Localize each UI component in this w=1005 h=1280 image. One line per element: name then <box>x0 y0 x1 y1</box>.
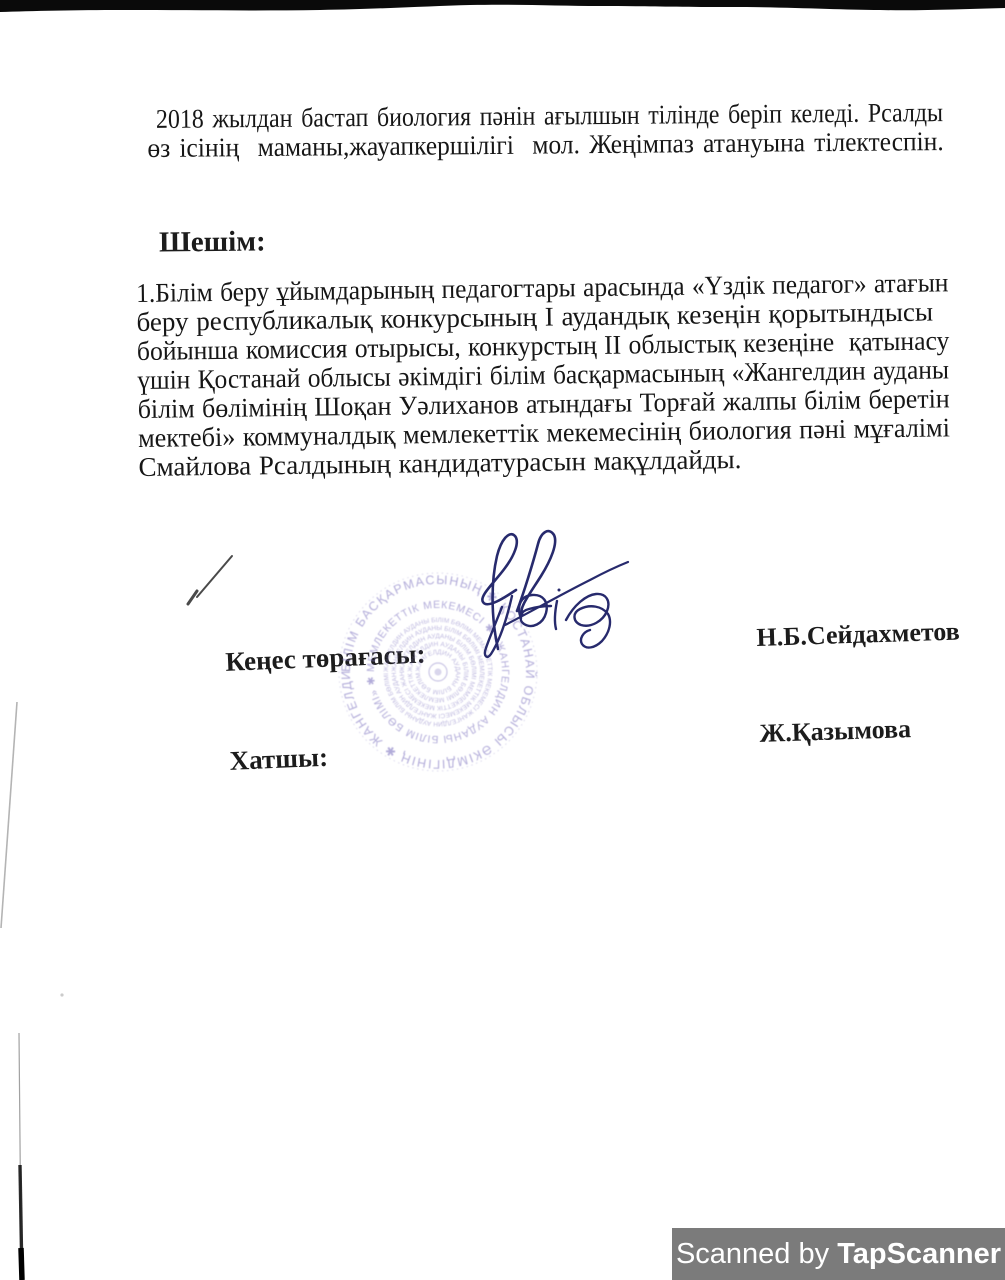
fold-crease-lower <box>19 1033 22 1280</box>
tapscanner-watermark: Scanned by TapScanner <box>672 1228 1005 1280</box>
intro-paragraph: 2018 жылдан бастап биология пәнін ағылшы… <box>147 98 943 163</box>
decision-heading: Шешім: <box>159 225 266 259</box>
fold-crease-upper <box>1 702 17 928</box>
scanned-document-page: 2018 жылдан бастап биология пәнін ағылшы… <box>0 0 1005 1280</box>
watermark-brand: TapScanner <box>837 1238 1001 1271</box>
official-round-stamp-icon: БІЛІМ БАСҚАРМАСЫНЫҢ ✱ ҚОСТАНАЙ ОБЛЫСЫ ӘК… <box>326 560 550 784</box>
watermark-prefix: Scanned by <box>676 1238 837 1271</box>
chairman-name: Н.Б.Сейдахметов <box>756 616 960 654</box>
secretary-name: Ж.Қазымова <box>759 712 963 750</box>
scan-top-edge-band <box>0 0 1005 12</box>
decision-paragraph: 1.Білім беру ұйымдарының педагогтары ара… <box>136 268 951 482</box>
signer-names: Н.Б.Сейдахметов Ж.Қазымова <box>754 552 965 814</box>
intro-line: өз ісінің маманы,жауапкершілігі мол. Жең… <box>147 127 899 163</box>
